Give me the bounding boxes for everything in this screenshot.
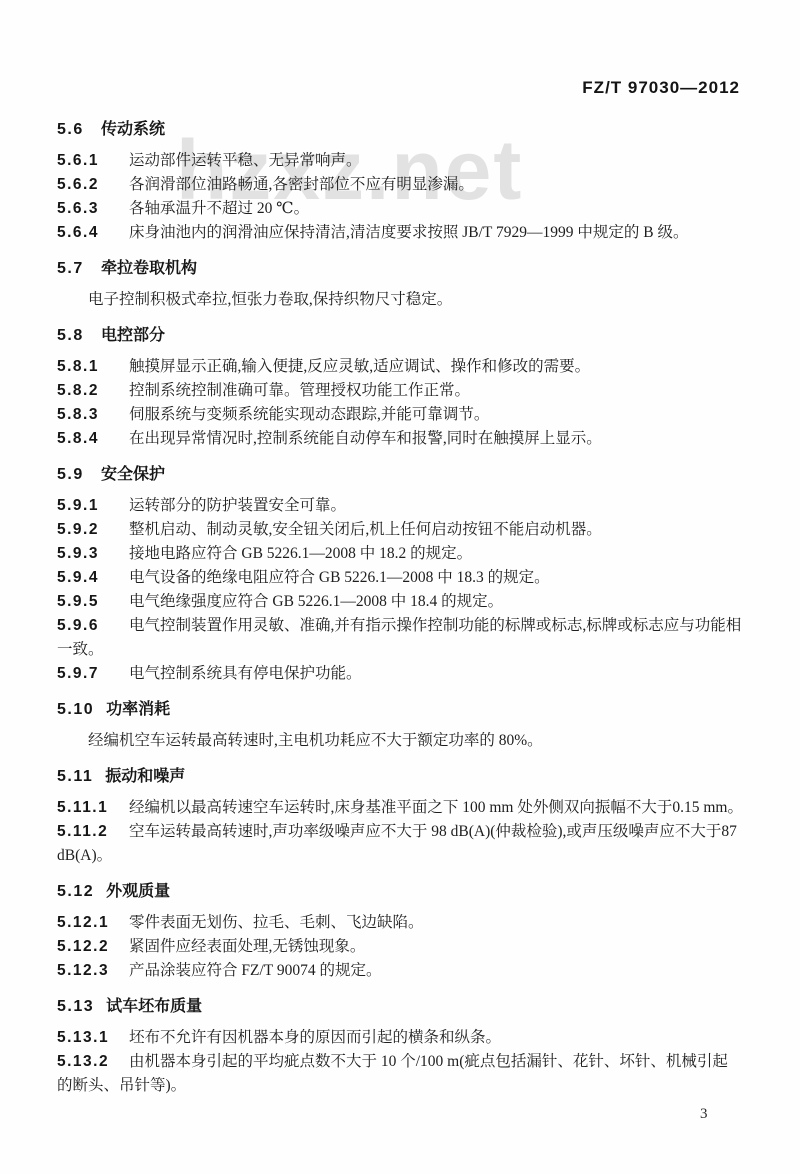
clause-text: 运动部件运转平稳、无异常响声。 <box>129 152 362 169</box>
section-title: 安全保护 <box>101 466 165 483</box>
clause-number: 5.8.4 <box>57 427 115 451</box>
clause-number: 5.9.6 <box>57 614 115 638</box>
section-5-11: 5.11振动和噪声 5.11.1经编机以最高转速空车运转时,床身基准平面之下 1… <box>57 767 743 868</box>
clause-number: 5.11.2 <box>57 820 115 844</box>
section-heading: 5.7牵拉卷取机构 <box>57 259 743 279</box>
clause: 5.8.4在出现异常情况时,控制系统能自动停车和报警,同时在触摸屏上显示。 <box>57 427 743 451</box>
section-number: 5.6 <box>57 120 89 140</box>
clause-text: 电气控制系统具有停电保护功能。 <box>129 665 362 682</box>
section-5-12: 5.12外观质量 5.12.1零件表面无划伤、拉毛、毛刺、飞边缺陷。 5.12.… <box>57 882 743 983</box>
section-title: 试车坯布质量 <box>106 998 202 1015</box>
clause: 5.9.7电气控制系统具有停电保护功能。 <box>57 662 743 686</box>
section-heading: 5.6传动系统 <box>57 120 743 140</box>
section-title: 传动系统 <box>101 121 165 138</box>
clause-text: 经编机以最高转速空车运转时,床身基准平面之下 100 mm 处外侧双向振幅不大于… <box>129 799 743 816</box>
clause-number: 5.6.1 <box>57 149 115 173</box>
clause-text: 伺服系统与变频系统能实现动态跟踪,并能可靠调节。 <box>129 406 489 423</box>
clause-number: 5.11.1 <box>57 796 115 820</box>
clause-number: 5.8.1 <box>57 355 115 379</box>
section-title: 外观质量 <box>106 883 170 900</box>
clause-number: 5.6.4 <box>57 221 115 245</box>
clause: 5.6.2各润滑部位油路畅通,各密封部位不应有明显渗漏。 <box>57 173 743 197</box>
intro-paragraph: 电子控制积极式牵拉,恒张力卷取,保持织物尺寸稳定。 <box>57 288 743 312</box>
section-5-8: 5.8电控部分 5.8.1触摸屏显示正确,输入便捷,反应灵敏,适应调试、操作和修… <box>57 326 743 451</box>
clause: 5.9.2整机启动、制动灵敏,安全钮关闭后,机上任何启动按钮不能启动机器。 <box>57 518 743 542</box>
clause: 5.9.4电气设备的绝缘电阻应符合 GB 5226.1—2008 中 18.3 … <box>57 566 743 590</box>
clause-number: 5.12.1 <box>57 911 115 935</box>
clause-text: 各轴承温升不超过 20 ℃。 <box>129 200 309 217</box>
clause-number: 5.9.4 <box>57 566 115 590</box>
clause: 5.13.1坯布不允许有因机器本身的原因而引起的横条和纵条。 <box>57 1026 743 1050</box>
clause-text: 零件表面无划伤、拉毛、毛刺、飞边缺陷。 <box>129 914 424 931</box>
clause-number: 5.9.1 <box>57 494 115 518</box>
section-5-6: 5.6传动系统 5.6.1运动部件运转平稳、无异常响声。 5.6.2各润滑部位油… <box>57 120 743 245</box>
clause-number: 5.8.3 <box>57 403 115 427</box>
clause-number: 5.13.1 <box>57 1026 115 1050</box>
section-5-7: 5.7牵拉卷取机构 电子控制积极式牵拉,恒张力卷取,保持织物尺寸稳定。 <box>57 259 743 312</box>
document-body: 5.6传动系统 5.6.1运动部件运转平稳、无异常响声。 5.6.2各润滑部位油… <box>57 120 743 1098</box>
section-number: 5.11 <box>57 767 93 787</box>
clause: 5.9.1运转部分的防护装置安全可靠。 <box>57 494 743 518</box>
section-heading: 5.11振动和噪声 <box>57 767 743 787</box>
section-title: 振动和噪声 <box>105 768 185 785</box>
section-number: 5.12 <box>57 882 94 902</box>
clause-text: 运转部分的防护装置安全可靠。 <box>129 497 346 514</box>
clause: 5.8.3伺服系统与变频系统能实现动态跟踪,并能可靠调节。 <box>57 403 743 427</box>
clause: 5.6.3各轴承温升不超过 20 ℃。 <box>57 197 743 221</box>
clause-number: 5.9.5 <box>57 590 115 614</box>
clause: 5.13.2由机器本身引起的平均疵点数不大于 10 个/100 m(疵点包括漏针… <box>57 1050 743 1098</box>
section-number: 5.7 <box>57 259 89 279</box>
document-page: FZ/T 97030—2012 hzxz.net 5.6传动系统 5.6.1运动… <box>0 0 800 1174</box>
section-5-10: 5.10功率消耗 经编机空车运转最高转速时,主电机功耗应不大于额定功率的 80%… <box>57 700 743 753</box>
section-5-13: 5.13试车坯布质量 5.13.1坯布不允许有因机器本身的原因而引起的横条和纵条… <box>57 997 743 1098</box>
section-title: 电控部分 <box>101 327 165 344</box>
clause: 5.6.1运动部件运转平稳、无异常响声。 <box>57 149 743 173</box>
clause: 5.6.4床身油池内的润滑油应保持清洁,清洁度要求按照 JB/T 7929—19… <box>57 221 743 245</box>
clause: 5.9.5电气绝缘强度应符合 GB 5226.1—2008 中 18.4 的规定… <box>57 590 743 614</box>
clause: 5.11.2空车运转最高转速时,声功率级噪声应不大于 98 dB(A)(仲裁检验… <box>57 820 743 868</box>
section-heading: 5.12外观质量 <box>57 882 743 902</box>
clause: 5.9.6电气控制装置作用灵敏、准确,并有指示操作控制功能的标牌或标志,标牌或标… <box>57 614 743 662</box>
clause-number: 5.6.2 <box>57 173 115 197</box>
clause-text: 接地电路应符合 GB 5226.1—2008 中 18.2 的规定。 <box>129 545 472 562</box>
clause-text: 各润滑部位油路畅通,各密封部位不应有明显渗漏。 <box>129 176 474 193</box>
clause: 5.8.2控制系统控制准确可靠。管理授权功能工作正常。 <box>57 379 743 403</box>
section-number: 5.13 <box>57 997 94 1017</box>
clause-text: 由机器本身引起的平均疵点数不大于 10 个/100 m(疵点包括漏针、花针、坏针… <box>57 1053 728 1094</box>
clause-text: 空车运转最高转速时,声功率级噪声应不大于 98 dB(A)(仲裁检验),或声压级… <box>57 823 737 864</box>
clause-number: 5.8.2 <box>57 379 115 403</box>
clause-number: 5.12.2 <box>57 935 115 959</box>
clause-number: 5.6.3 <box>57 197 115 221</box>
clause-text: 产品涂装应符合 FZ/T 90074 的规定。 <box>129 962 381 979</box>
clause-number: 5.13.2 <box>57 1050 115 1074</box>
clause: 5.9.3接地电路应符合 GB 5226.1—2008 中 18.2 的规定。 <box>57 542 743 566</box>
clause-text: 电气设备的绝缘电阻应符合 GB 5226.1—2008 中 18.3 的规定。 <box>129 569 550 586</box>
section-heading: 5.9安全保护 <box>57 465 743 485</box>
section-number: 5.10 <box>57 700 94 720</box>
clause-text: 整机启动、制动灵敏,安全钮关闭后,机上任何启动按钮不能启动机器。 <box>129 521 602 538</box>
clause-number: 5.9.3 <box>57 542 115 566</box>
standard-number: FZ/T 97030—2012 <box>582 78 740 97</box>
section-number: 5.8 <box>57 326 89 346</box>
clause: 5.12.2紧固件应经表面处理,无锈蚀现象。 <box>57 935 743 959</box>
clause-text: 电气控制装置作用灵敏、准确,并有指示操作控制功能的标牌或标志,标牌或标志应与功能… <box>57 617 741 658</box>
section-number: 5.9 <box>57 465 89 485</box>
clause-text: 紧固件应经表面处理,无锈蚀现象。 <box>129 938 365 955</box>
intro-paragraph: 经编机空车运转最高转速时,主电机功耗应不大于额定功率的 80%。 <box>57 729 743 753</box>
section-heading: 5.13试车坯布质量 <box>57 997 743 1017</box>
clause-text: 床身油池内的润滑油应保持清洁,清洁度要求按照 JB/T 7929—1999 中规… <box>129 224 688 241</box>
page-number: 3 <box>700 1106 708 1123</box>
clause-text: 电气绝缘强度应符合 GB 5226.1—2008 中 18.4 的规定。 <box>129 593 503 610</box>
section-title: 牵拉卷取机构 <box>101 260 197 277</box>
page-header: FZ/T 97030—2012 <box>0 78 740 98</box>
clause: 5.11.1经编机以最高转速空车运转时,床身基准平面之下 100 mm 处外侧双… <box>57 796 743 820</box>
clause-text: 坯布不允许有因机器本身的原因而引起的横条和纵条。 <box>129 1029 501 1046</box>
section-title: 功率消耗 <box>106 701 170 718</box>
clause: 5.12.3产品涂装应符合 FZ/T 90074 的规定。 <box>57 959 743 983</box>
clause-number: 5.9.7 <box>57 662 115 686</box>
section-5-9: 5.9安全保护 5.9.1运转部分的防护装置安全可靠。 5.9.2整机启动、制动… <box>57 465 743 686</box>
clause-number: 5.12.3 <box>57 959 115 983</box>
clause-text: 触摸屏显示正确,输入便捷,反应灵敏,适应调试、操作和修改的需要。 <box>129 358 590 375</box>
clause-number: 5.9.2 <box>57 518 115 542</box>
clause: 5.12.1零件表面无划伤、拉毛、毛刺、飞边缺陷。 <box>57 911 743 935</box>
clause-text: 控制系统控制准确可靠。管理授权功能工作正常。 <box>129 382 470 399</box>
clause-text: 在出现异常情况时,控制系统能自动停车和报警,同时在触摸屏上显示。 <box>129 430 602 447</box>
clause: 5.8.1触摸屏显示正确,输入便捷,反应灵敏,适应调试、操作和修改的需要。 <box>57 355 743 379</box>
section-heading: 5.8电控部分 <box>57 326 743 346</box>
section-heading: 5.10功率消耗 <box>57 700 743 720</box>
